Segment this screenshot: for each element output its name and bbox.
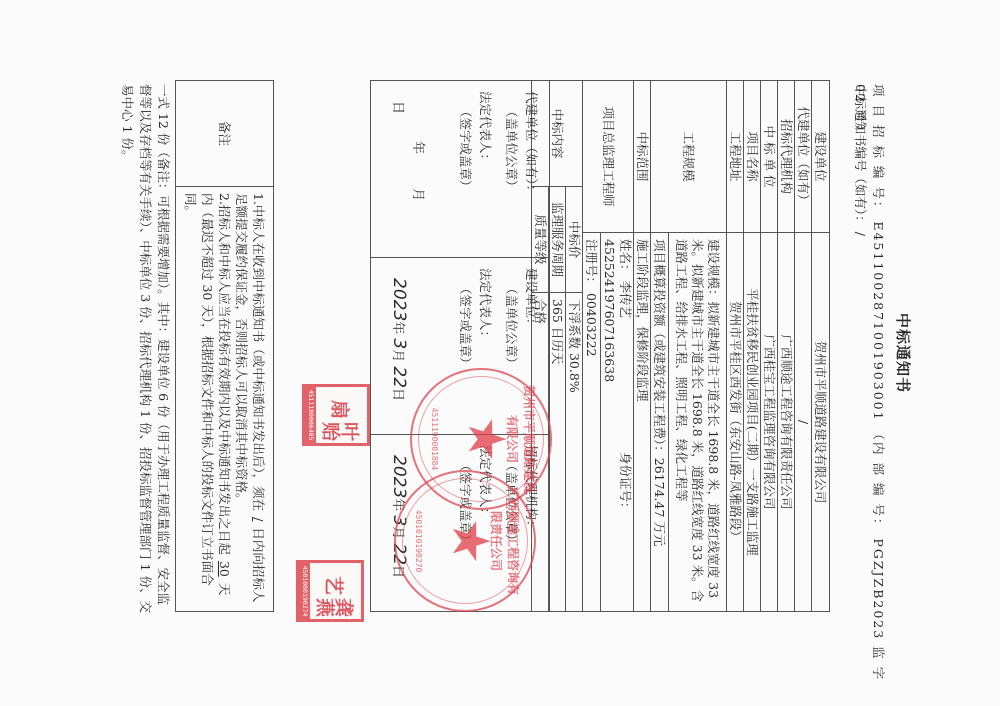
agent-builder-value: / [795, 233, 812, 612]
chief-engineer-reg: 注册号： 00403222 [583, 233, 601, 612]
address-value: 贺州市平桂区西发街（东安山路-凤雅路段） [727, 233, 744, 612]
owner-label: 建设单位 [812, 81, 830, 233]
row-scale: 工程规模 建设规模：拟新建城市主干道全长 1698.8 米，道路红线宽度 33 … [669, 81, 727, 612]
row-winner: 中 标 单 位 广西桂宝工程监理咨询有限公司 [761, 81, 778, 612]
sig-sign-label: （签字或盖章） [455, 105, 475, 247]
document-page: 中标通知书 项 目 招 标 编 号： E4511002871001903001 … [0, 0, 1000, 706]
agent-rep-seal: 龚燕艺 4501080190274 [296, 560, 364, 622]
budget-value: 项目概算投资额（或建筑安装工程费）：26174.47 万元 [651, 233, 669, 612]
scale-value: 建设规模：拟新建城市主干道全长 1698.8 米，道路红线宽度 33 米。拟新建… [669, 233, 727, 612]
price-value: 下浮系数 30.8% [566, 293, 583, 612]
copies-note: 一式 12 份（备注：可根据需要增加）。其中：建设单位 6 份（用于办理工程质量… [118, 84, 172, 614]
scale-label: 工程规模 [651, 81, 727, 233]
row-scope: 中标范围 施工阶段监理，保修阶段监理 [634, 81, 651, 612]
project-name-label: 项目名称 [744, 81, 761, 233]
price-label: 中标价 [566, 187, 583, 293]
row-tender-agent: 招标代理机构 广西顺途工程咨询有限责任公司 [778, 81, 795, 612]
row-agent-builder: 代建单位（如有） / [795, 81, 812, 612]
sig-seal-label: （盖单位公章） [501, 105, 521, 247]
remarks-label: 备注 [176, 81, 274, 187]
row-address: 工程地址 贺州市平桂区西发街（东安山路-凤雅路段） [727, 81, 744, 612]
notice-number: 中标通知书编号（如有）： / [852, 84, 870, 236]
chief-engineer-label: 项目总监理工程师 [583, 81, 634, 233]
signature-agent-builder: 代建单位（如有）： （盖单位公章） 法定代表人： （签字或盖章） 年 月 日 [371, 81, 550, 258]
scope-label: 中标范围 [634, 81, 651, 233]
sig-rep-label: 法定代表人： [475, 91, 495, 247]
chief-engineer-name-id: 姓名： 李传艺 身份证号： 452524197607163638 [601, 233, 634, 612]
remark-2: 2.招标人和中标人应当在投标有效期内以及中标通知书发出之日起30天内（最迟不超过… [182, 193, 233, 605]
period-value: 365 日历天 [549, 293, 566, 612]
row-owner: 建设单位 贺州市平顺道路建设有限公司 [812, 81, 830, 612]
tender-agent-label: 招标代理机构 [778, 81, 795, 233]
remark-1: 1.中标人在收到中标通知书（或中标通知书发出后），须在/日内向招标人足额提交履约… [233, 193, 267, 605]
owner-value: 贺州市平顺道路建设有限公司 [812, 233, 830, 612]
award-table: 建设单位 贺州市平顺道路建设有限公司 代建单位（如有） / 招标代理机构 广西顺… [531, 80, 830, 612]
chief-engineer-name: 姓名： 李传艺 [618, 239, 633, 318]
remarks-table: 备注 1.中标人在收到中标通知书（或中标通知书发出后），须在/日内向招标人足额提… [175, 80, 274, 612]
address-label: 工程地址 [727, 81, 744, 233]
sig-date: 年 月 日 [387, 101, 427, 247]
scope-value: 施工阶段监理，保修阶段监理 [634, 233, 651, 612]
agent-builder-label: 代建单位（如有） [795, 81, 812, 233]
project-name-value: 平桂扶贫移民创业园项目(二期）一支路施工监理 [744, 233, 761, 612]
winner-label: 中 标 单 位 [761, 81, 778, 233]
tender-agent-value: 广西顺途工程咨询有限责任公司 [778, 233, 795, 612]
row-content-price: 中标内容 中标价 下浮系数 30.8% [566, 81, 583, 612]
star-icon: ★ [444, 472, 496, 610]
agent-company-seal: 广西顺途工程咨询有限责任公司 ★ 4501010190270 [394, 470, 536, 612]
row-chief-engineer: 项目总监理工程师 姓名： 李传艺 身份证号： 45252419760716363… [601, 81, 634, 612]
owner-rep-seal: 叶贻扇 4511180006405 [302, 384, 370, 446]
period-label: 监理服务周期 [549, 187, 566, 293]
remarks-text: 1.中标人在收到中标通知书（或中标通知书发出后），须在/日内向招标人足额提交履约… [176, 187, 274, 612]
row-project-name: 项目名称 平桂扶贫移民创业园项目(二期）一支路施工监理 [744, 81, 761, 612]
document-title: 中标通知书 [893, 0, 914, 706]
winner-value: 广西桂宝工程监理咨询有限公司 [761, 233, 778, 612]
sig-org-label: 代建单位（如有）： [521, 91, 541, 247]
sig-date: 2023年 3月 22日 [387, 278, 409, 424]
